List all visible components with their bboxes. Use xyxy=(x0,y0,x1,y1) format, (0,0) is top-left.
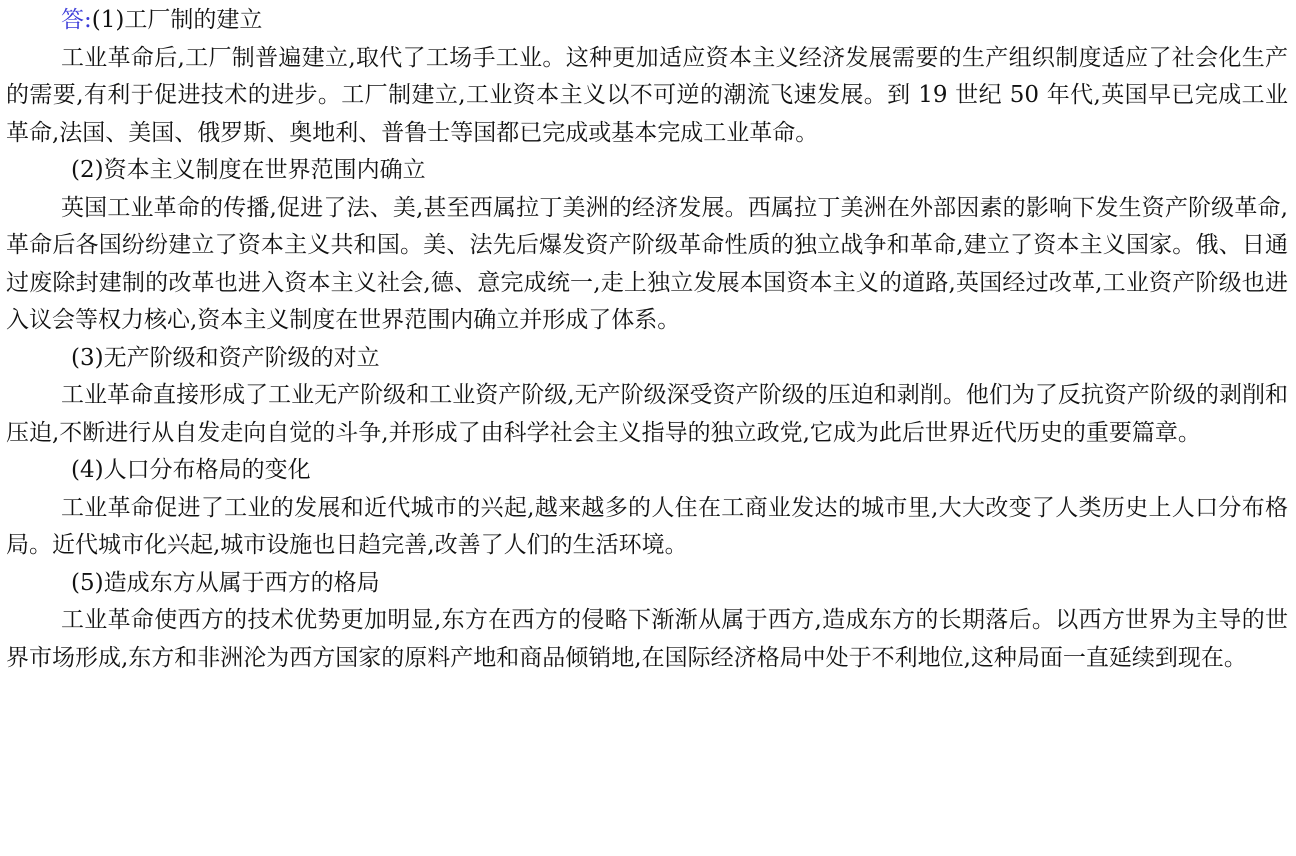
section-4-body: 工业革命促进了工业的发展和近代城市的兴起,越来越多的人住在工商业发达的城市里,大… xyxy=(6,490,1288,565)
section-3-heading: (3)无产阶级和资产阶级的对立 xyxy=(6,340,1288,378)
section-1-heading: 答:(1)工厂制的建立 xyxy=(6,0,1288,40)
section-5-body: 工业革命使西方的技术优势更加明显,东方在西方的侵略下渐渐从属于西方,造成东方的长… xyxy=(6,602,1288,677)
section-2-heading: (2)资本主义制度在世界范围内确立 xyxy=(6,152,1288,190)
answer-document: 答:(1)工厂制的建立 工业革命后,工厂制普遍建立,取代了工场手工业。这种更加适… xyxy=(6,0,1288,677)
section-2-body: 英国工业革命的传播,促进了法、美,甚至西属拉丁美洲的经济发展。西属拉丁美洲在外部… xyxy=(6,190,1288,340)
section-3-body: 工业革命直接形成了工业无产阶级和工业资产阶级,无产阶级深受资产阶级的压迫和剥削。… xyxy=(6,377,1288,452)
answer-label: 答: xyxy=(61,7,92,33)
section-1-body: 工业革命后,工厂制普遍建立,取代了工场手工业。这种更加适应资本主义经济发展需要的… xyxy=(6,40,1288,153)
section-4-heading: (4)人口分布格局的变化 xyxy=(6,452,1288,490)
section-5-heading: (5)造成东方从属于西方的格局 xyxy=(6,565,1288,603)
